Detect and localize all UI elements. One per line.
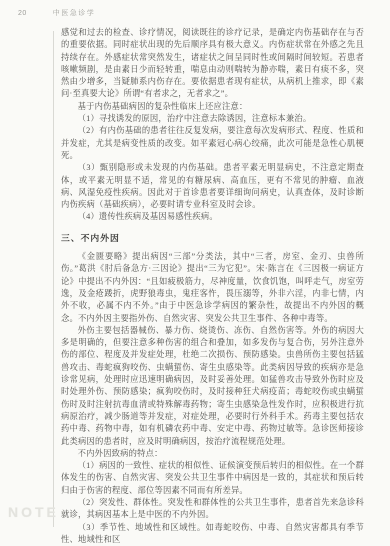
note-watermark: NOTE — [8, 504, 59, 520]
paragraph-items-intro: 基于内伤基础病因的复杂性临床上还应注意： — [61, 101, 364, 113]
page-number: 20 — [18, 10, 27, 17]
list-item-feature-3: （3）季节性、地域性和区域性。如毒蛇咬伤、中毒、自然灾害都具有季节性、地域性和区 — [61, 522, 364, 546]
list-item-neishang-1: （1）寻找诱发的原因，治疗中注意去除诱因，注意标本兼治。 — [61, 113, 364, 125]
book-page: 20 中医急诊学 感觉和过去的检查、诊疗情况，阅读既往的诊疗记录，是确定内伤基础… — [0, 0, 390, 546]
paragraph-features-intro: 不内外因致病的特点： — [61, 448, 364, 460]
paragraph-continuation: 感觉和过去的检查、诊疗情况，阅读既往的诊疗记录，是确定内伤基础存在与否的重要依据… — [61, 27, 364, 101]
body-text-column: 感觉和过去的检查、诊疗情况，阅读既往的诊疗记录，是确定内伤基础存在与否的重要依据… — [61, 27, 364, 546]
left-margin-rule — [53, 31, 54, 527]
running-head: 20 中医急诊学 — [18, 8, 95, 18]
list-item-neishang-4: （4）遗传性疾病及基因易感性疾病。 — [61, 211, 364, 223]
list-item-neishang-2: （2）有内伤基础的患者往往反复发病，要注意每次发病形式、程度、性质和并发症，尤其… — [61, 125, 364, 162]
section-heading: 三、不内外因 — [61, 232, 364, 244]
paragraph-waishang: 外伤主要包括器械伤、暴力伤、烧烫伤、冻伤、自然伤害等。外伤的病因大多是明确的，但… — [61, 325, 364, 448]
paragraph-sanyin: 《金匮要略》提出病因“三部”分类法，其中“三者，房室、金刃、虫兽所伤。”葛洪《肘… — [61, 251, 364, 325]
list-item-feature-2: （2）突发性、群体性。突发性和群体性的公共卫生事件，患者首先来急诊科就诊，其病因… — [61, 497, 364, 522]
list-item-feature-1: （1）病因的一致性、症状的相似性、证候演变预后转归的相似性。在一个群体发生的伤害… — [61, 460, 364, 497]
list-item-neishang-3: （3）甄别隐形或未发现的内伤基础。患者平素无明显病史，不注意定期查体，或平素无明… — [61, 162, 364, 211]
book-title: 中医急诊学 — [53, 8, 96, 18]
